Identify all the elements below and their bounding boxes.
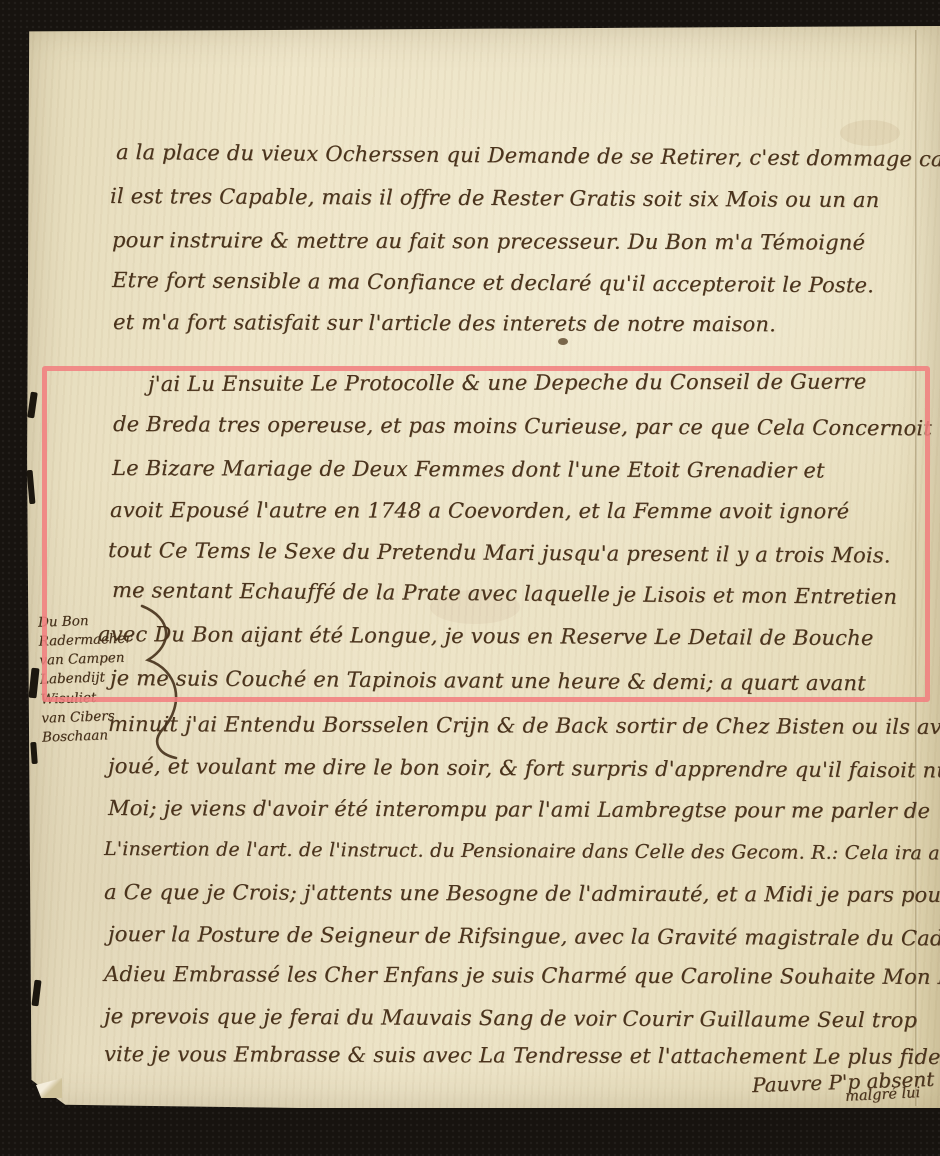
letter-line: de Breda tres opereuse, et pas moins Cur… (113, 412, 932, 440)
letter-line: Le Bizare Mariage de Deux Femmes dont l'… (112, 456, 825, 482)
letter-line: L'insertion de l'art. de l'instruct. du … (104, 838, 940, 865)
letter-line: j'ai Lu Ensuite Le Protocolle & une Depe… (148, 369, 867, 396)
letter-line: avoit Epousé l'autre en 1748 a Coevorden… (110, 498, 849, 523)
letter-line: Moi; je viens d'avoir été interompu par … (108, 796, 930, 823)
letter-line: Adieu Embrassé les Cher Enfans je suis C… (104, 962, 940, 989)
margin-bracket-curve (128, 604, 198, 764)
ink-blot (558, 338, 568, 345)
letter-line: avec Du Bon aijant été Longue, je vous e… (98, 622, 874, 650)
letter-line: a Ce que je Crois; j'attents une Besogne… (104, 880, 940, 907)
letter-line: minuit j'ai Entendu Borsselen Crijn & de… (108, 712, 940, 739)
margin-note: Du Bon Radermacher van Campen Labendijt … (38, 610, 136, 747)
letter-line: il est tres Capable, mais il offre de Re… (110, 184, 880, 212)
margin-note-name: van Campen (39, 649, 133, 671)
signature-block: Pauvre P'p absent malgré lui (752, 1070, 934, 1105)
letter-line: jouer la Posture de Seigneur de Rifsingu… (108, 922, 940, 951)
scanned-letter-page: a la place du vieux Ocherssen qui Demand… (0, 0, 940, 1156)
letter-line: joué, et voulant me dire le bon soir, & … (108, 754, 940, 783)
paper-stain (840, 120, 900, 146)
letter-line: vite je vous Embrasse & suis avec La Ten… (104, 1042, 940, 1069)
letter-line: je prevois que je ferai du Mauvais Sang … (104, 1004, 917, 1032)
letter-line: pour instruire & mettre au fait son prec… (112, 228, 865, 255)
letter-line: et m'a fort satisfait sur l'article des … (113, 310, 776, 336)
margin-note-name: Boschaan (42, 725, 136, 747)
